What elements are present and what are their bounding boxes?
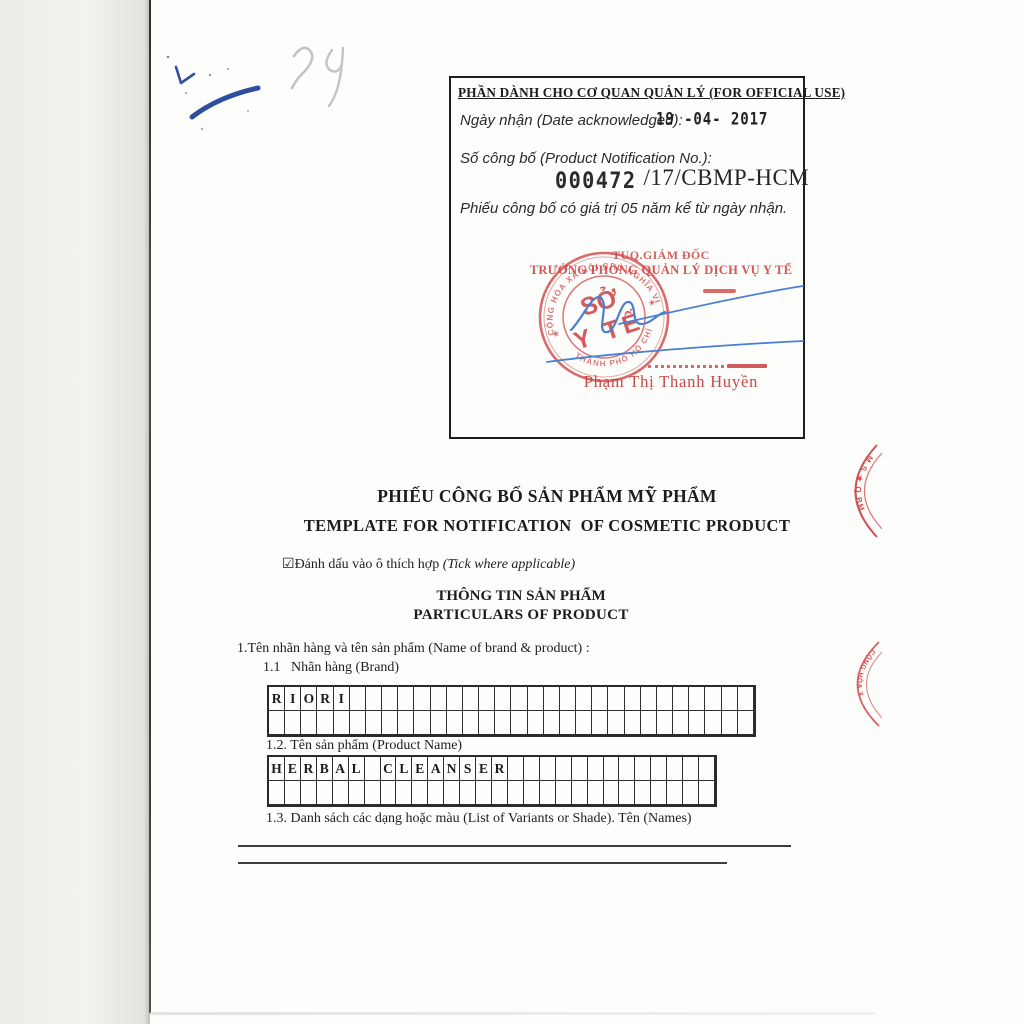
grid-cell [366, 711, 382, 735]
grid-cell [592, 687, 608, 711]
grid-cell [508, 781, 524, 805]
stamp-solid-dash [727, 364, 767, 368]
official-box-header: PHẦN DÀNH CHO CƠ QUAN QUẢN LÝ (FOR OFFIC… [458, 85, 845, 101]
grid-cell [667, 781, 683, 805]
grid-cell [683, 757, 699, 781]
notification-number-suffix: /17/CBMP-HCM [643, 165, 809, 190]
item-1-3-label: 1.3. Danh sách các dạng hoặc màu (List o… [266, 811, 692, 827]
pencil-handwriting-29 [280, 38, 360, 113]
grid-cell [641, 687, 657, 711]
grid-cell [572, 757, 588, 781]
grid-cell: S [460, 757, 476, 781]
grid-cell [511, 711, 527, 735]
signer-name: Phạm Thị Thanh Huyền [561, 372, 781, 392]
grid-cell [398, 711, 414, 735]
stamp-red-dash [703, 289, 736, 293]
grid-cell [619, 757, 635, 781]
variants-blank-line-1 [238, 845, 791, 847]
grid-cell [544, 711, 560, 735]
grid-cell [396, 781, 412, 805]
grid-cell [641, 711, 657, 735]
form-title-en: TEMPLATE FOR NOTIFICATION OF COSMETIC PR… [287, 516, 807, 536]
grid-cell: R [317, 687, 333, 711]
grid-cell [699, 781, 715, 805]
grid-cell [528, 711, 544, 735]
grid-cell [528, 687, 544, 711]
grid-cell [479, 687, 495, 711]
item-1-2-label: 1.2. Tên sản phẩm (Product Name) [266, 738, 462, 754]
edge-stamp-fragment-top: M.S ★ Q.BM [847, 443, 882, 539]
form-title-vi: PHIẾU CÔNG BỐ SẢN PHẨM MỸ PHẨM [287, 486, 807, 507]
grid-cell: O [301, 687, 317, 711]
section1-heading: 1.Tên nhãn hàng và tên sản phẩm (Name of… [237, 641, 590, 657]
grid-cell [463, 687, 479, 711]
grid-cell [382, 687, 398, 711]
grid-cell: R [269, 687, 285, 711]
grid-cell [317, 711, 333, 735]
grid-cell [576, 687, 592, 711]
grid-cell [382, 711, 398, 735]
grid-cell: R [301, 757, 317, 781]
grid-cell [269, 781, 285, 805]
grid-cell [524, 781, 540, 805]
grid-cell: I [334, 687, 350, 711]
grid-cell [604, 781, 620, 805]
tick-instruction-en: (Tick where applicable) [443, 557, 575, 572]
grid-cell [428, 781, 444, 805]
validity-note: Phiếu công bố có giá trị 05 năm kể từ ng… [460, 200, 787, 217]
grid-cell [576, 711, 592, 735]
notification-number-stamped: 000472 [555, 169, 636, 194]
grid-cell [572, 781, 588, 805]
grid-cell [588, 757, 604, 781]
svg-text:M.S ★ Q.BM: M.S ★ Q.BM [853, 453, 874, 513]
grid-cell [635, 781, 651, 805]
grid-cell [476, 781, 492, 805]
grid-cell: A [333, 757, 349, 781]
grid-cell [524, 757, 540, 781]
grid-cell [540, 781, 556, 805]
grid-cell [657, 687, 673, 711]
grid-cell [608, 711, 624, 735]
grid-cell [447, 687, 463, 711]
grid-cell [301, 711, 317, 735]
grid-cell [625, 687, 641, 711]
grid-cell [673, 711, 689, 735]
scanned-document-page: PHẦN DÀNH CHO CƠ QUAN QUẢN LÝ (FOR OFFIC… [0, 0, 1024, 1024]
grid-cell [412, 781, 428, 805]
grid-cell: N [444, 757, 460, 781]
grid-cell [414, 711, 430, 735]
product-name-letter-grid: HERBALCLEANSER [267, 755, 717, 807]
grid-cell [560, 687, 576, 711]
grid-cell [608, 687, 624, 711]
grid-cell [544, 687, 560, 711]
checked-checkbox-icon: ☑ [282, 557, 295, 572]
grid-cell [689, 687, 705, 711]
scan-left-margin [0, 0, 150, 1024]
svg-text:CỘNG HÒA X: CỘNG HÒA X [855, 648, 876, 698]
grid-cell [511, 687, 527, 711]
grid-cell [651, 781, 667, 805]
grid-cell [479, 711, 495, 735]
edge-stamp-top-text: M.S ★ Q.BM [853, 453, 874, 513]
grid-cell [699, 757, 715, 781]
grid-cell [334, 711, 350, 735]
grid-cell [592, 711, 608, 735]
seal-star-left-icon: ★ [550, 328, 561, 340]
grid-cell [285, 781, 301, 805]
brand-letter-grid: RIORI [267, 685, 756, 737]
grid-cell [492, 781, 508, 805]
grid-cell [350, 687, 366, 711]
grid-cell: B [317, 757, 333, 781]
grid-cell [431, 711, 447, 735]
item-1-1-label: 1.1 Nhãn hàng (Brand) [263, 660, 399, 676]
grid-cell [722, 687, 738, 711]
grid-cell [269, 711, 285, 735]
edge-stamp-fragment-bottom: CỘNG HÒA X [847, 640, 882, 728]
grid-cell [495, 711, 511, 735]
tick-instruction-vi: Đánh dấu vào ô thích hợp [295, 557, 443, 572]
pen-scribble-mark [158, 45, 278, 135]
official-use-box: PHẦN DÀNH CHO CƠ QUAN QUẢN LÝ (FOR OFFIC… [449, 76, 805, 439]
grid-cell [657, 711, 673, 735]
grid-cell [350, 711, 366, 735]
grid-cell: R [492, 757, 508, 781]
grid-cell: A [428, 757, 444, 781]
grid-cell [366, 687, 382, 711]
grid-cell [333, 781, 349, 805]
grid-cell [556, 781, 572, 805]
stamp-dotted-line [648, 365, 724, 368]
grid-cell [556, 757, 572, 781]
grid-cell: E [412, 757, 428, 781]
tick-instruction: ☑Đánh dấu vào ô thích hợp (Tick where ap… [282, 556, 575, 573]
grid-cell [349, 781, 365, 805]
scan-bottom-shadow [150, 1012, 876, 1015]
grid-cell [635, 757, 651, 781]
grid-cell [673, 687, 689, 711]
edge-stamp-bottom-text: CỘNG HÒA X [855, 648, 876, 698]
grid-cell [508, 757, 524, 781]
grid-cell [738, 711, 754, 735]
grid-cell [365, 757, 381, 781]
grid-cell [495, 687, 511, 711]
grid-cell: E [476, 757, 492, 781]
scan-page-edge-line [149, 0, 151, 1013]
grid-cell [540, 757, 556, 781]
grid-cell [381, 781, 397, 805]
grid-cell [365, 781, 381, 805]
grid-cell [588, 781, 604, 805]
grid-cell [689, 711, 705, 735]
date-acknowledged-label: Ngày nhận (Date acknowledged): [460, 112, 683, 129]
grid-cell [705, 711, 721, 735]
notification-number: 000472/17/CBMP-HCM [555, 168, 809, 194]
date-received-stamp: 19 -04- 2017 [656, 108, 768, 129]
grid-cell [285, 711, 301, 735]
grid-cell [683, 781, 699, 805]
grid-cell: L [396, 757, 412, 781]
grid-cell: C [381, 757, 397, 781]
grid-cell [625, 711, 641, 735]
grid-cell [414, 687, 430, 711]
grid-cell: L [349, 757, 365, 781]
grid-cell: H [269, 757, 285, 781]
variants-blank-line-2 [238, 862, 727, 864]
grid-cell [738, 687, 754, 711]
grid-cell [431, 687, 447, 711]
section-header-vi: THÔNG TIN SẢN PHẨM [261, 588, 781, 605]
grid-cell [560, 711, 576, 735]
grid-cell [722, 711, 738, 735]
section-header-en: PARTICULARS OF PRODUCT [261, 607, 781, 624]
grid-cell [460, 781, 476, 805]
grid-cell [447, 711, 463, 735]
grid-cell [604, 757, 620, 781]
grid-cell [651, 757, 667, 781]
grid-cell: E [285, 757, 301, 781]
grid-cell [463, 711, 479, 735]
grid-cell [619, 781, 635, 805]
grid-cell [301, 781, 317, 805]
grid-cell [705, 687, 721, 711]
grid-cell [398, 687, 414, 711]
grid-cell [667, 757, 683, 781]
grid-cell [317, 781, 333, 805]
grid-cell [444, 781, 460, 805]
grid-cell: I [285, 687, 301, 711]
